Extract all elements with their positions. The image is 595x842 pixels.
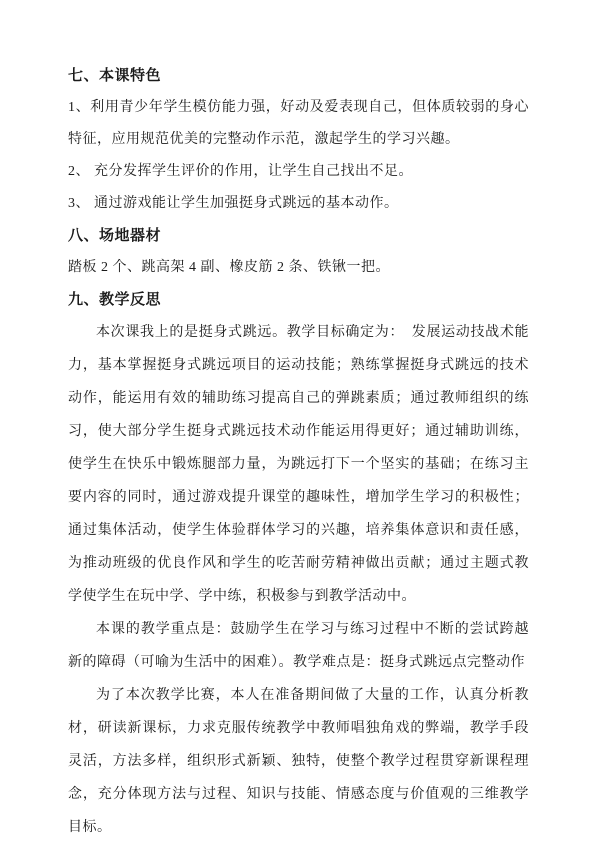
teaching-focus-paragraph: 本课的教学重点是：鼓励学生在学习与练习过程中不断的尝试跨越新的障碍（可喻为生活中… [68, 613, 529, 679]
reflection-paragraph: 本次课我上的是挺身式跳远。教学目标确定为： 发展运动技战术能力，基本掌握挺身式跳… [68, 316, 529, 613]
list-item-3: 3、 通过游戏能让学生加强挺身式跳远的基本动作。 [68, 188, 529, 220]
document-page: 七、本课特色 1、利用青少年学生模仿能力强，好动及爱表现自己，但体质较弱的身心特… [0, 0, 595, 842]
list-item-2: 2、 充分发挥学生评价的作用，让学生自己找出不足。 [68, 156, 529, 188]
heading-section-7: 七、本课特色 [68, 60, 529, 92]
list-item-1: 1、利用青少年学生模仿能力强，好动及爱表现自己，但体质较弱的身心特征，应用规范优… [68, 92, 529, 156]
equipment-line: 踏板 2 个、跳高架 4 副、橡皮筋 2 条、铁锹一把。 [68, 252, 529, 284]
heading-section-9: 九、教学反思 [68, 284, 529, 316]
preparation-paragraph: 为了本次教学比赛，本人在准备期间做了大量的工作，认真分析教材，研读新课标，力求克… [68, 679, 529, 842]
heading-section-8: 八、场地器材 [68, 220, 529, 252]
